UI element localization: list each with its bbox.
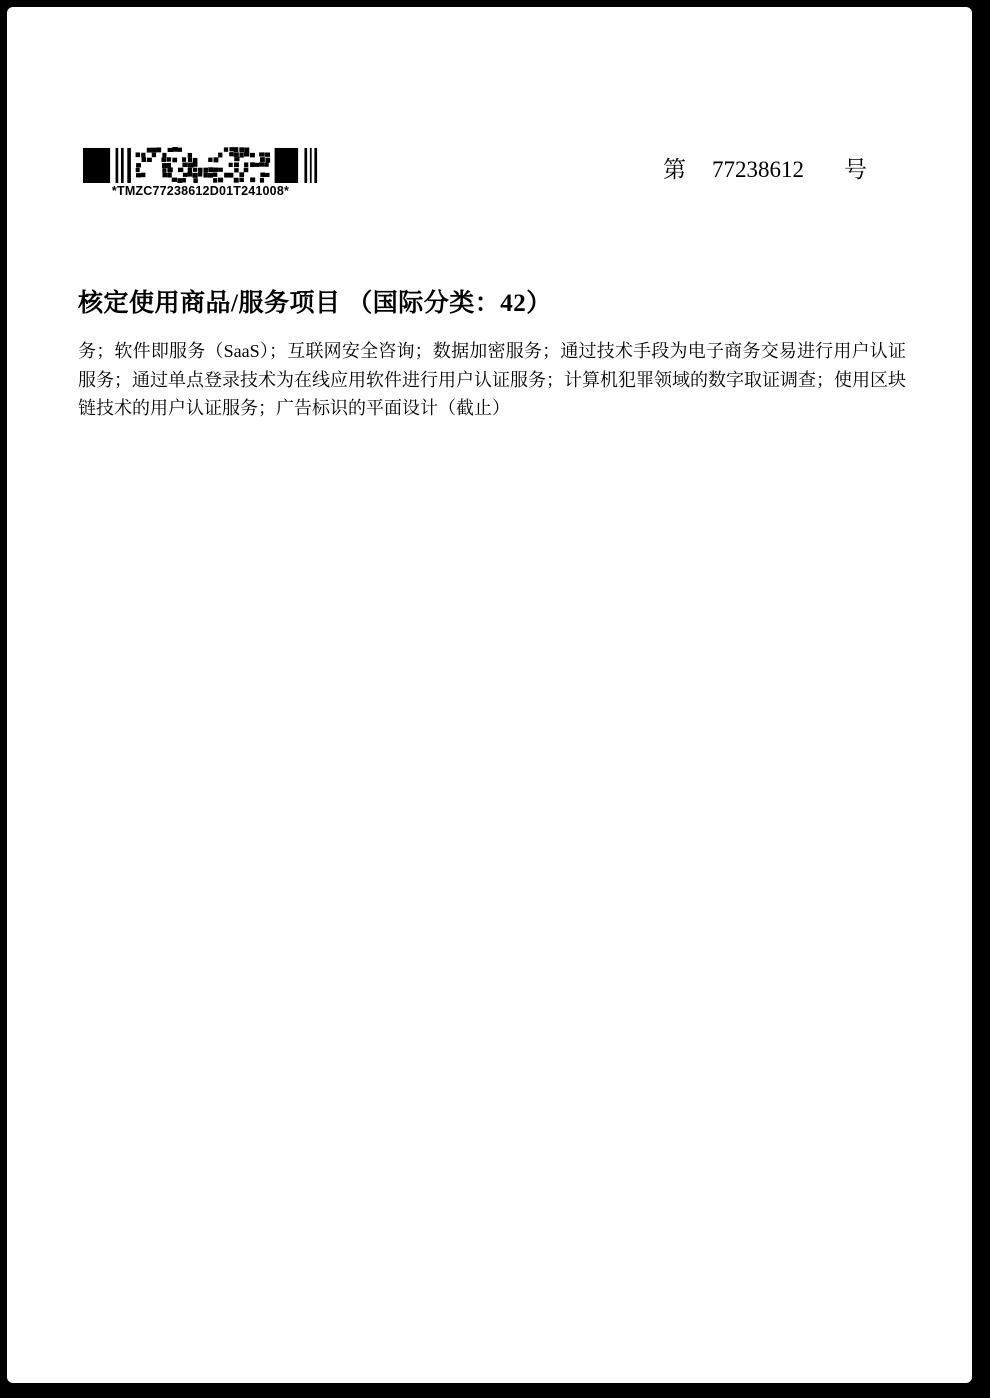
barcode-block: *TMZC77238612D01T241008* [83,146,318,198]
barcode-caption: *TMZC77238612D01T241008* [83,184,318,198]
registration-number-suffix: 号 [844,157,867,182]
document-page: *TMZC77238612D01T241008* 第77238612号 核定使用… [7,7,972,1383]
registration-number-prefix: 第 [663,157,686,182]
barcode-icon [83,146,318,183]
registration-number: 第77238612号 [663,151,867,184]
goods-services-heading: 核定使用商品/服务项目 （国际分类：42） [78,283,552,319]
goods-services-content: 务；软件即服务（SaaS）；互联网安全咨询；数据加密服务；通过技术手段为电子商务… [78,337,906,423]
registration-number-value: 77238612 [712,157,804,182]
